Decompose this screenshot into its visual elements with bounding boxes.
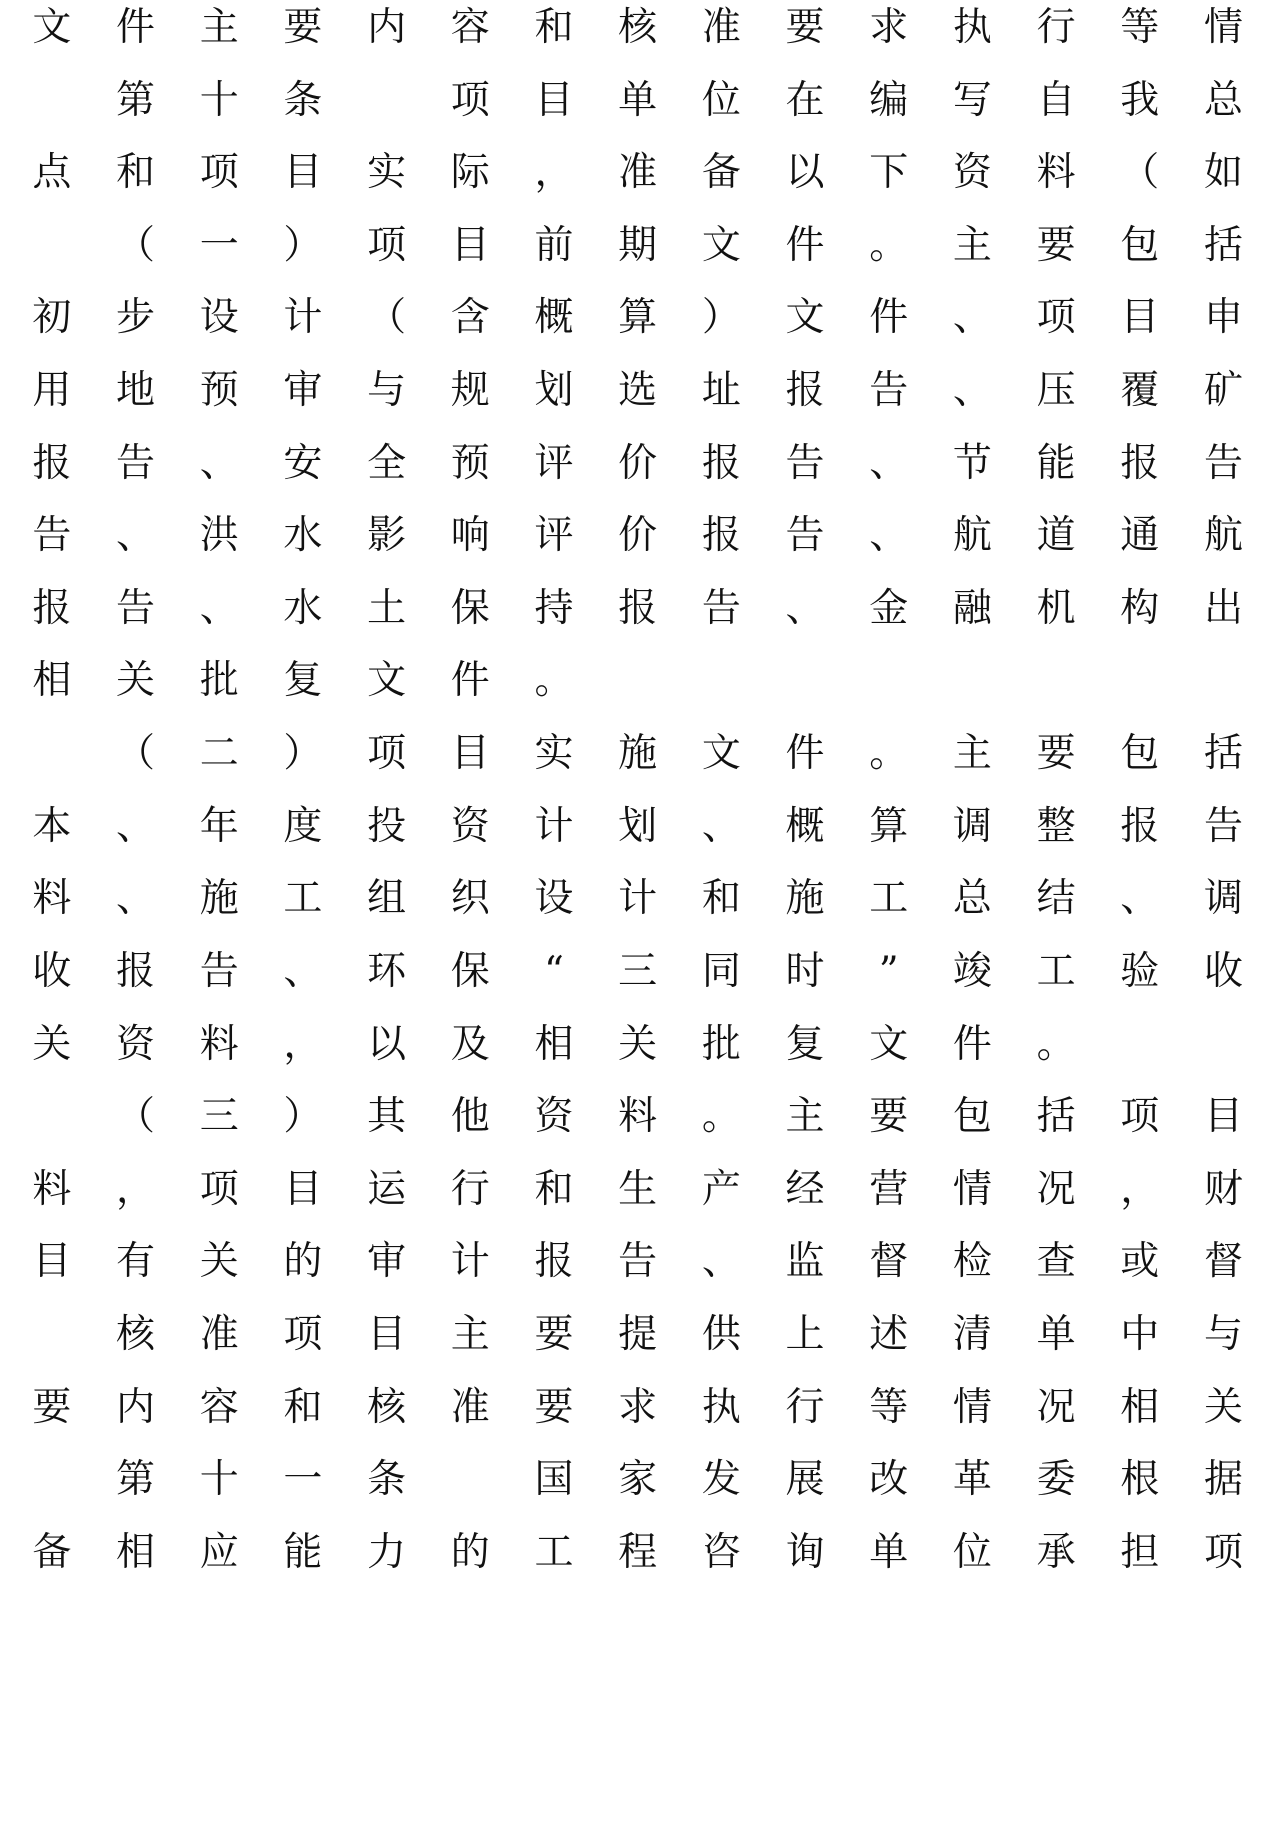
approval-note-line: 核准项目主要提供上述清单中与项目申请书及其核准文件主 [10, 1305, 1280, 1365]
text-line: 本、年度投资计划、概算调整报告、施工图设计文件、设计变更资 [10, 797, 1280, 857]
text-line: 目有关的审计报告、监督检查或督导报告、数据资料等。 [10, 1232, 1280, 1292]
article-10-heading-line: 第十条 项目单位在编写自我总结评价报告时，应结合行业特 [10, 71, 1280, 131]
text-line: 用地预审与规划选址报告、压覆矿产资源评估报告、环境影响评价 [10, 361, 1280, 421]
item-3-heading-line: （三）其他资料。主要包括项目结算和竣工财务决算报告及资 [10, 1087, 1280, 1147]
article-11-heading-line: 第十一条 国家发展改革委根据项目后评价年度计划，委托具 [10, 1450, 1280, 1510]
text-line: 关资料，以及相关批复文件。 [10, 1015, 1098, 1075]
text-line: 初步设计（含概算）文件、项目申请书、资金申请报告、开工报告、 [10, 288, 1280, 348]
text-line: 告、洪水影响评价报告、航道通航条件影响评价报告、水资源论证 [10, 506, 1280, 566]
text-line: 报告、水土保持报告、金融机构出具的融资承诺文件等资料，以及 [10, 579, 1280, 639]
document-page: 文件主要内容和核准要求执行等情况进行编写。 第十条 项目单位在编写自我总结评价报… [0, 0, 1280, 1842]
text-line: 料，项目运行和生产经营情况，财务报表以及其他相关资料，与项 [10, 1160, 1280, 1220]
text-line: 料、施工组织设计和施工总结、调试总结报告、监理文件、竣工验 [10, 869, 1280, 929]
text-line: 备相应能力的工程咨询单位承担项目后评价任务。 [10, 1523, 1280, 1583]
item-1-heading-line: （一）项目前期文件。主要包括项目建议书、可行性研究报告、 [10, 216, 1280, 276]
text-line: 收报告、环保“三同时”竣工验收报告、环境影响后评价文件等相 [10, 942, 1280, 1002]
text-line: 要内容和核准要求执行等情况相关的资料。 [10, 1378, 1280, 1438]
item-2-heading-line: （二）项目实施文件。主要包括项目招投标文件、主要合同文 [10, 724, 1280, 784]
text-line: 相关批复文件。 [10, 651, 596, 711]
text-line: 文件主要内容和核准要求执行等情况进行编写。 [10, 0, 1280, 58]
text-line: 点和项目实际，准备以下资料（如有），供开展后评价时查阅。 [10, 143, 1280, 203]
text-line: 报告、安全预评价报告、节能报告、重大项目社会稳定风险评估报 [10, 434, 1280, 494]
